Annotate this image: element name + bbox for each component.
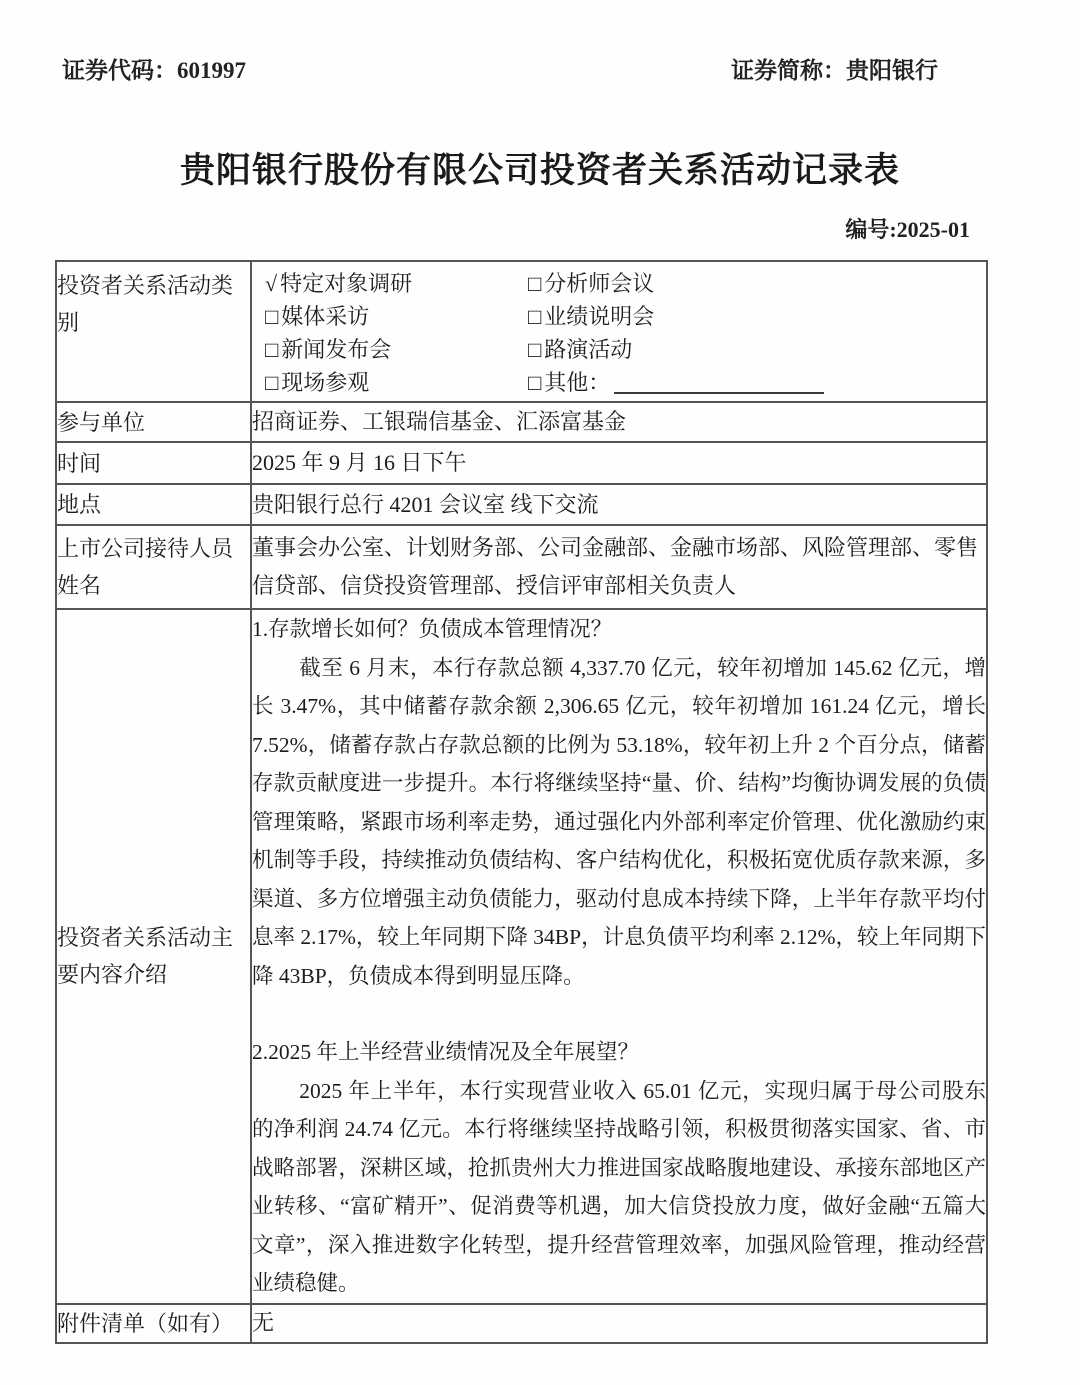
checkbox-label: 媒体采访 [281, 304, 369, 329]
checkbox-icon: □ [265, 300, 278, 333]
question-1: 1.存款增长如何？负债成本管理情况？ [252, 610, 986, 649]
page-title: 贵阳银行股份有限公司投资者关系活动记录表 [40, 143, 1040, 193]
time-label: 时间 [56, 442, 251, 484]
stock-name: 证券简称：贵阳银行 [731, 52, 938, 85]
document-header: 证券代码：601997 证券简称：贵阳银行 [62, 52, 938, 85]
checkbox-icon: □ [265, 366, 278, 399]
checkbox-option: □分析师会议 [528, 267, 986, 300]
time-value: 2025 年 9 月 16 日下午 [251, 442, 987, 484]
checkbox-option: □路演活动 [528, 333, 986, 366]
checkbox-label: 其他： [544, 370, 610, 395]
checkbox-option-other: □其他： [528, 366, 986, 399]
checkbox-option: □现场参观 [265, 366, 528, 399]
checkbox-label: 分析师会议 [544, 271, 654, 296]
answer-1: 截至 6 月末，本行存款总额 4,337.70 亿元，较年初增加 145.62 … [252, 649, 986, 996]
checkbox-icon: □ [265, 333, 278, 366]
receptionists-value: 董事会办公室、计划财务部、公司金融部、金融市场部、风险管理部、零售信贷部、信贷投… [251, 525, 987, 609]
table-row-receptionists: 上市公司接待人员姓名 董事会办公室、计划财务部、公司金融部、金融市场部、风险管理… [56, 525, 987, 609]
table-row-main-content: 投资者关系活动主要内容介绍 1.存款增长如何？负债成本管理情况？ 截至 6 月末… [56, 609, 987, 1304]
checkbox-label: 业绩说明会 [544, 304, 654, 329]
answer-2: 2025 年上半年，本行实现营业收入 65.01 亿元，实现归属于母公司股东的净… [252, 1072, 986, 1303]
checkbox-icon: □ [528, 333, 541, 366]
check-mark-icon: √ [265, 267, 277, 300]
main-content-label: 投资者关系活动主要内容介绍 [56, 609, 251, 1304]
checkbox-label: 特定对象调研 [280, 271, 412, 296]
other-blank-field [614, 392, 824, 394]
checkbox-icon: □ [528, 300, 541, 333]
doc-number: 编号:2025-01 [0, 213, 970, 244]
main-content-body: 1.存款增长如何？负债成本管理情况？ 截至 6 月末，本行存款总额 4,337.… [251, 609, 987, 1304]
activity-type-options: √特定对象调研 □分析师会议 □媒体采访 □业绩说明会 □新闻发布会 □路演活动… [252, 262, 986, 401]
checkbox-icon: □ [528, 366, 541, 399]
document-page: 证券代码：601997 证券简称：贵阳银行 贵阳银行股份有限公司投资者关系活动记… [0, 0, 1080, 1385]
checkbox-option-checked: √特定对象调研 [265, 267, 528, 300]
record-table: 投资者关系活动类别 √特定对象调研 □分析师会议 □媒体采访 □业绩说明会 □新… [55, 260, 988, 1344]
checkbox-label: 现场参观 [281, 370, 369, 395]
location-label: 地点 [56, 484, 251, 525]
participants-label: 参与单位 [56, 402, 251, 442]
activity-type-label: 投资者关系活动类别 [56, 261, 251, 402]
table-row-time: 时间 2025 年 9 月 16 日下午 [56, 442, 987, 484]
attachment-label: 附件清单（如有） [56, 1304, 251, 1343]
attachment-value: 无 [251, 1304, 987, 1343]
checkbox-icon: □ [528, 267, 541, 300]
table-row-location: 地点 贵阳银行总行 4201 会议室 线下交流 [56, 484, 987, 525]
participants-value: 招商证券、工银瑞信基金、汇添富基金 [251, 402, 987, 442]
table-row-participants: 参与单位 招商证券、工银瑞信基金、汇添富基金 [56, 402, 987, 442]
checkbox-label: 路演活动 [544, 337, 632, 362]
table-row-attachment: 附件清单（如有） 无 [56, 1304, 987, 1343]
checkbox-option: □媒体采访 [265, 300, 528, 333]
checkbox-option: □业绩说明会 [528, 300, 986, 333]
receptionists-label: 上市公司接待人员姓名 [56, 525, 251, 609]
checkbox-label: 新闻发布会 [281, 337, 391, 362]
stock-code: 证券代码：601997 [62, 52, 246, 85]
table-row-activity-type: 投资者关系活动类别 √特定对象调研 □分析师会议 □媒体采访 □业绩说明会 □新… [56, 261, 987, 402]
checkbox-option: □新闻发布会 [265, 333, 528, 366]
location-value: 贵阳银行总行 4201 会议室 线下交流 [251, 484, 987, 525]
question-2: 2.2025 年上半经营业绩情况及全年展望？ [252, 1033, 986, 1072]
